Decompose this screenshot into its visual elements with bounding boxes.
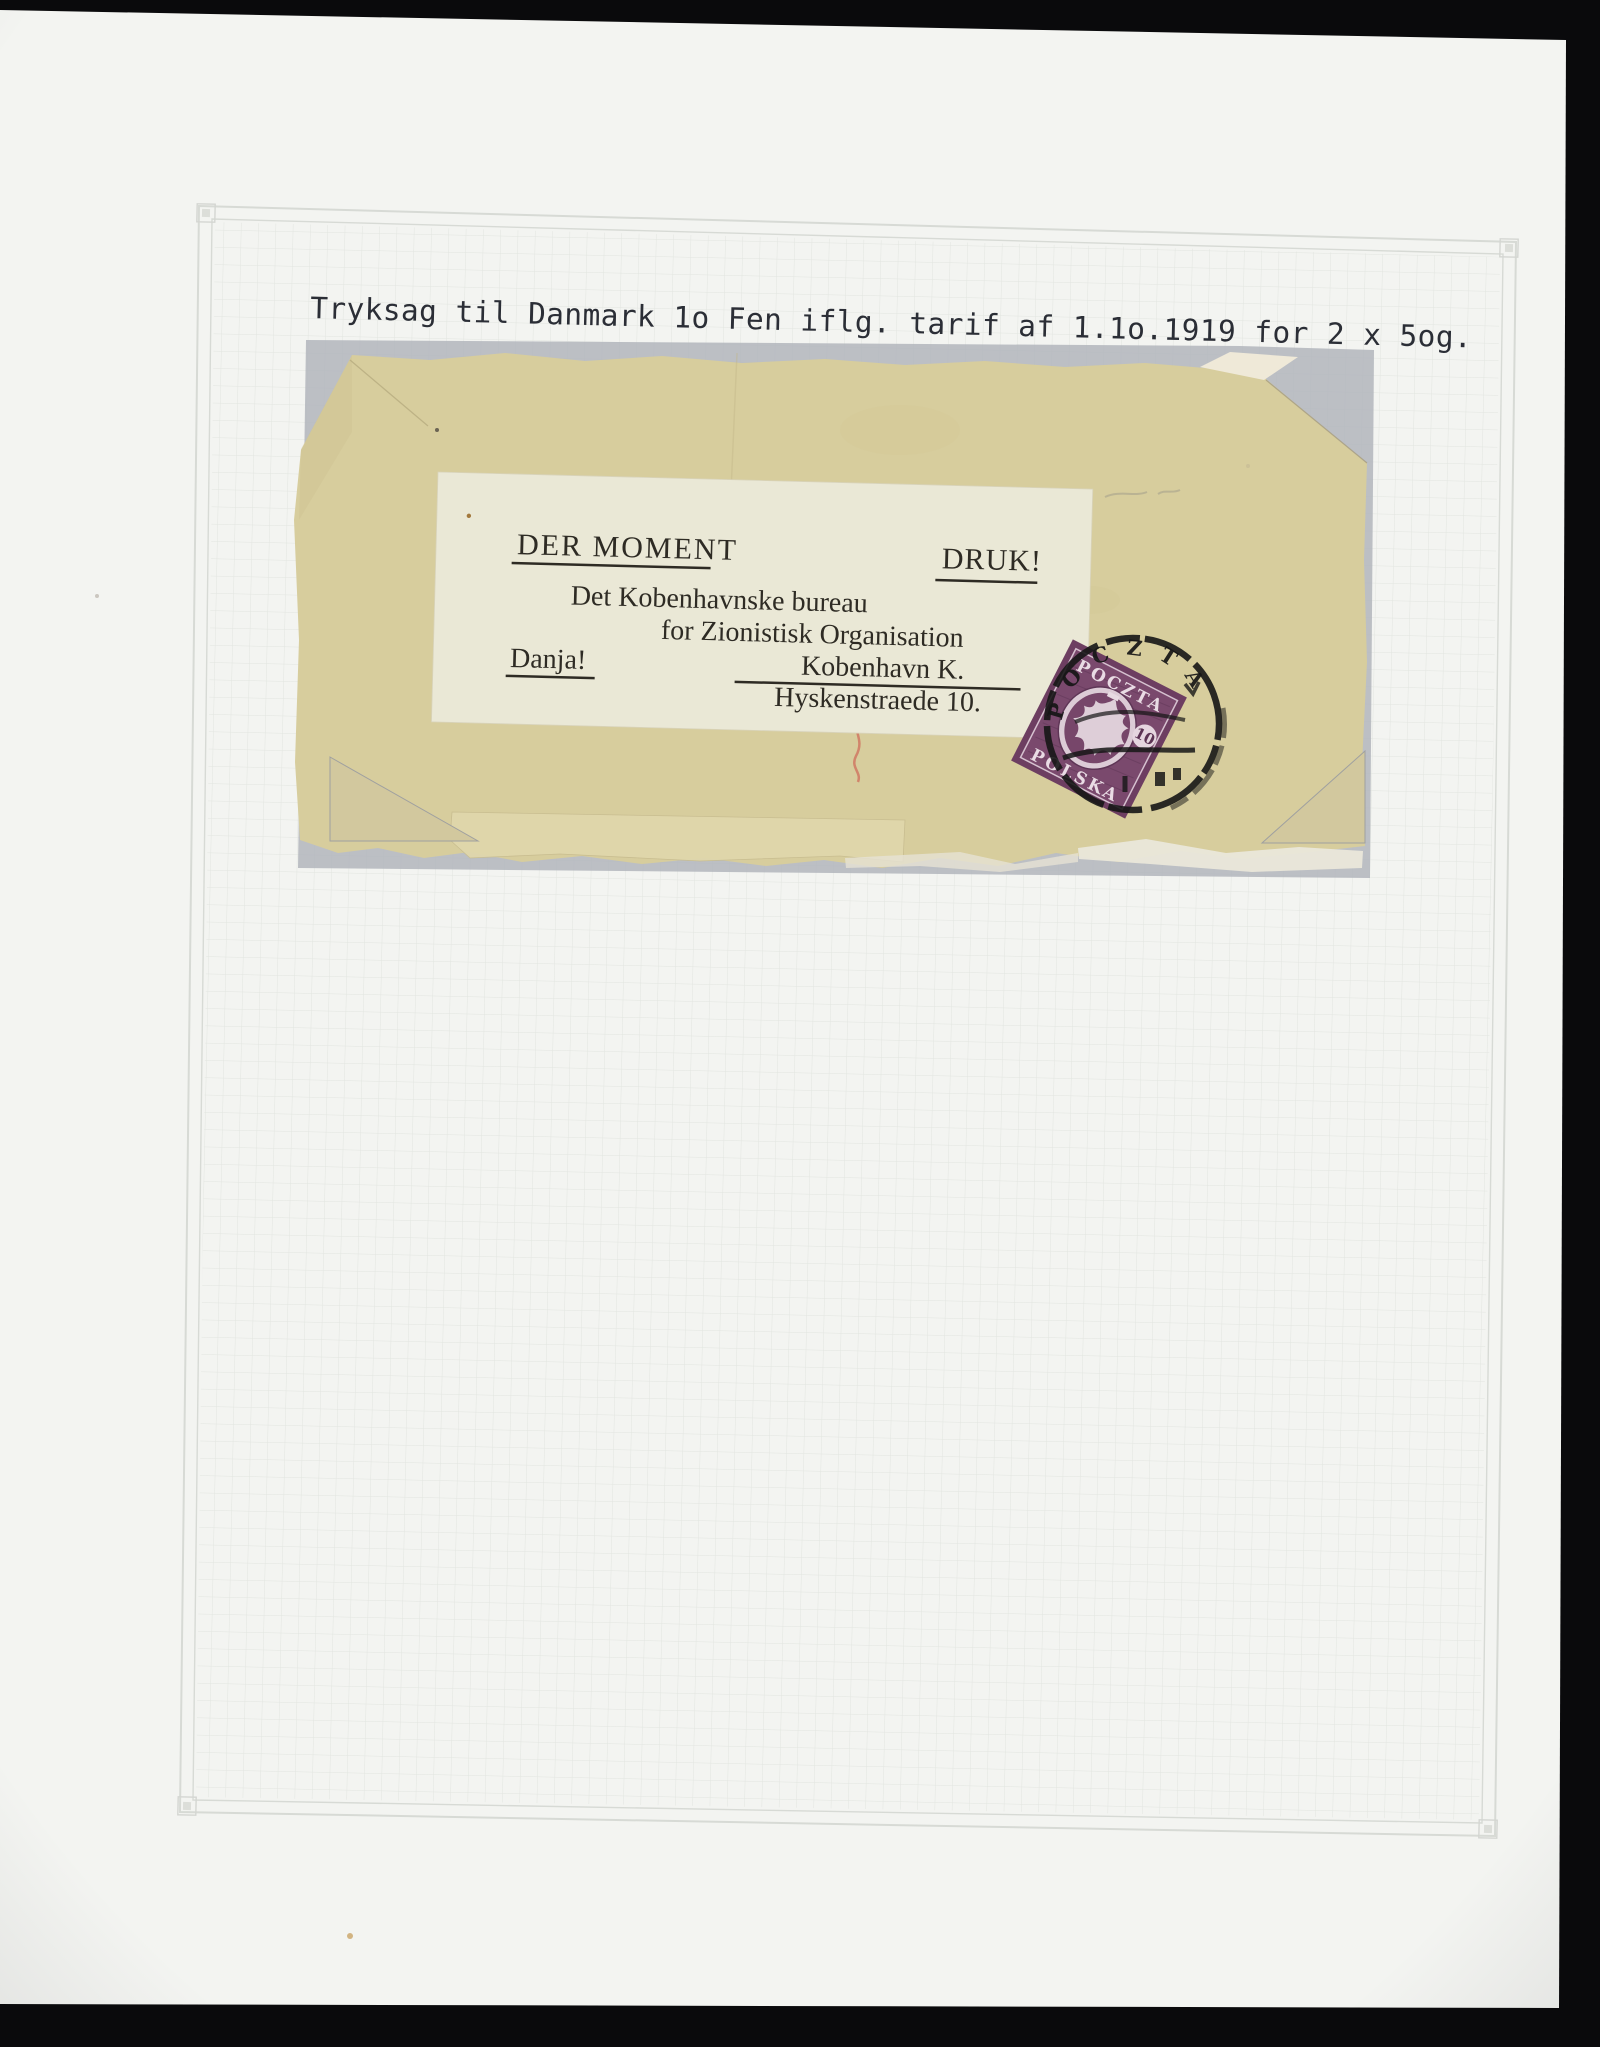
dust-speck [95, 594, 99, 598]
label-header-right: DRUK! [941, 542, 1042, 578]
address-label: DER MOMENT DRUK! Det Kobenhavnske bureau… [431, 472, 1092, 739]
label-city: Kobenhavn K. [801, 651, 965, 686]
ink-speck [435, 428, 439, 432]
torn-paper-strip [450, 812, 905, 862]
postmark-mark [1155, 772, 1165, 786]
postmark-mark [1173, 768, 1181, 780]
label-street: Hyskenstraede 10. [774, 682, 982, 718]
dust-speck [1246, 464, 1250, 468]
album-page-photo: Tryksag til Danmark 1o Fen iflg. tarif a… [0, 0, 1600, 2047]
dust-speck [347, 1933, 353, 1939]
label-header-left: DER MOMENT [517, 528, 739, 567]
album-page-canvas: Tryksag til Danmark 1o Fen iflg. tarif a… [0, 0, 1600, 2047]
label-sender-note: Danja! [510, 643, 587, 676]
paper-stain [840, 405, 960, 455]
